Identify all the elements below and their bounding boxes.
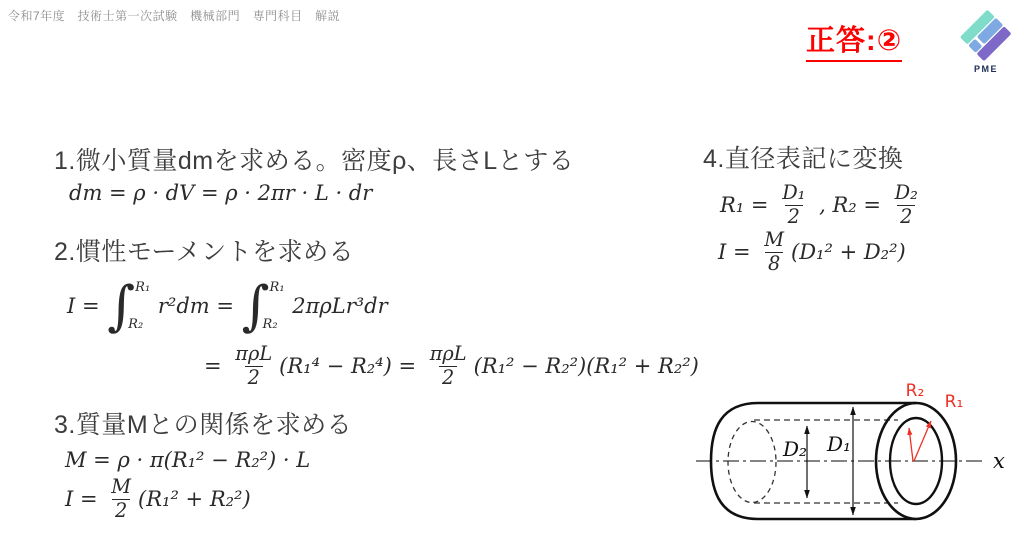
formula-inertia-integral: I = ∫R₁R₂ r²dm = ∫R₁R₂ 2πρLr³dr — [67, 273, 388, 339]
step3-heading: 3.質量Mとの関係を求める — [54, 405, 352, 441]
pme-logo-icon: PME — [957, 7, 1015, 77]
formula-inertia-result: = πρL2(R₁⁴ − R₂⁴) = πρL2(R₁² − R₂²)(R₁² … — [204, 340, 699, 392]
formula-inertia-mass: I = M2(R₁² + R₂²) — [65, 473, 251, 525]
formula-inertia-diameter: I = M8(D₁² + D₂²) — [718, 228, 906, 276]
step4-heading: 4.直径表記に変換 — [703, 139, 903, 175]
step2-heading: 2.慣性モーメントを求める — [54, 232, 354, 268]
hollow-cylinder-diagram: x D₁ D₂ R₂ R₁ — [688, 370, 1024, 538]
d1-dimension-label: D₁ — [826, 432, 851, 456]
formula-radius-diameter: R₁ = D₁2 , R₂ = D₂2 — [720, 180, 925, 230]
d2-dimension-label: D₂ — [782, 437, 807, 461]
axis-label: x — [993, 449, 1005, 473]
document-header-title: 令和7年度 技術士第一次試験 機械部門 専門科目 解説 — [8, 7, 340, 24]
r2-radius-arrow — [909, 428, 913, 461]
inner-bore-left-hidden-ellipse — [728, 422, 776, 503]
slide-canvas: 令和7年度 技術士第一次試験 機械部門 専門科目 解説 正答:② PME 1.微… — [0, 0, 1024, 538]
r1-radius-label: R₁ — [945, 392, 964, 412]
pme-logo: PME — [957, 7, 1015, 82]
step1-heading: 1.微小質量dmを求める。密度ρ、長さLとする — [54, 141, 574, 177]
r1-radius-arrow — [914, 421, 931, 461]
r2-radius-label: R₂ — [906, 381, 925, 401]
cylinder-diagram-drawing: x D₁ D₂ R₂ R₁ — [688, 370, 1024, 538]
formula-mass: M = ρ · π(R₁² − R₂²) · L — [65, 447, 310, 473]
correct-answer-label: 正答:② — [806, 18, 902, 62]
formula-dm: dm = ρ · dV = ρ · 2πr · L · dr — [69, 180, 372, 206]
logo-text: PME — [974, 64, 998, 74]
